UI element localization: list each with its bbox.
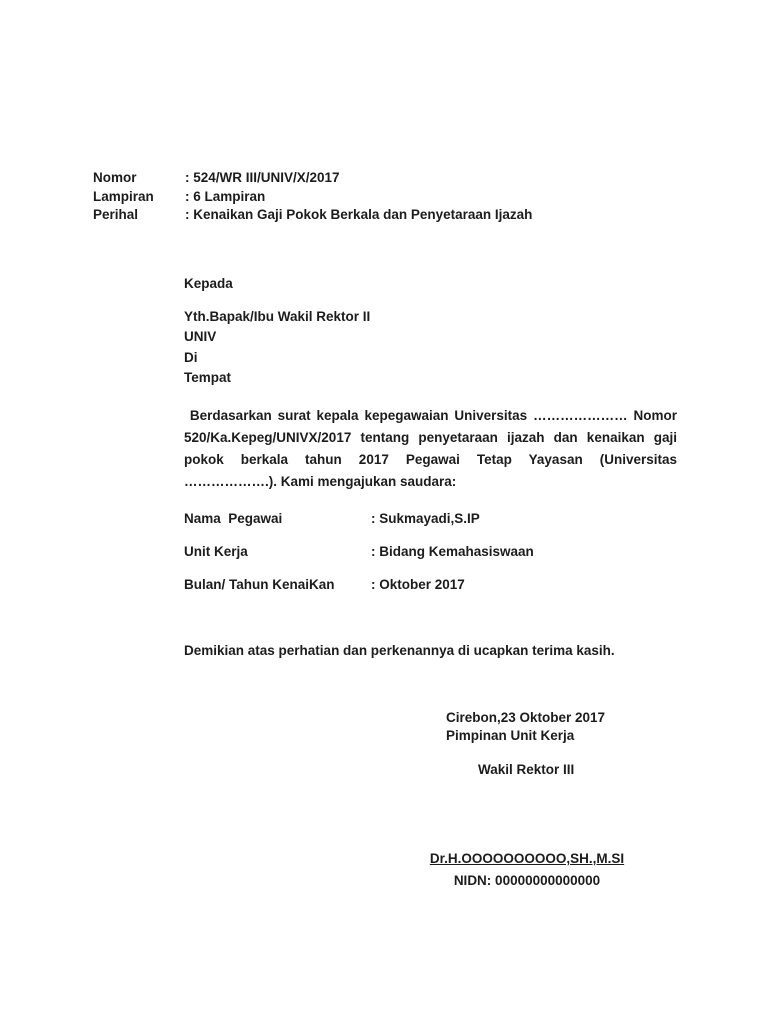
meta-row-nomor: Nomor : 524/WR III/UNIV/X/2017 (93, 169, 532, 188)
letter-meta-block: Nomor : 524/WR III/UNIV/X/2017 Lampiran … (93, 169, 532, 225)
signature-date-block: Cirebon,23 Oktober 2017 Pimpinan Unit Ke… (446, 709, 605, 746)
meta-value-nomor: : 524/WR III/UNIV/X/2017 (185, 169, 340, 188)
field-label-bulan-tahun: Bulan/ Tahun KenaiKan (184, 578, 371, 592)
meta-row-lampiran: Lampiran : 6 Lampiran (93, 188, 532, 207)
field-value-nama: : Sukmayadi,S.IP (371, 512, 480, 526)
meta-label-lampiran: Lampiran (93, 188, 185, 207)
meta-value-lampiran: : 6 Lampiran (185, 188, 265, 207)
signature-name-block: Dr.H.OOOOOOOOOO,SH.,M.SI NIDN: 000000000… (402, 848, 652, 891)
meta-value-perihal: : Kenaikan Gaji Pokok Berkala dan Penyet… (185, 206, 532, 225)
recipient-line-yth: Yth.Bapak/Ibu Wakil Rektor II (184, 307, 370, 327)
field-row-bulan-tahun: Bulan/ Tahun KenaiKan : Oktober 2017 (184, 578, 534, 592)
signature-nidn: NIDN: 00000000000000 (402, 870, 652, 892)
field-row-unit-kerja: Unit Kerja : Bidang Kemahasiswaan (184, 545, 534, 559)
field-row-nama: Nama Pegawai : Sukmayadi,S.IP (184, 512, 534, 526)
field-label-unit-kerja: Unit Kerja (184, 545, 371, 559)
meta-label-perihal: Perihal (93, 206, 185, 225)
employee-fields-block: Nama Pegawai : Sukmayadi,S.IP Unit Kerja… (184, 512, 534, 611)
recipient-address-block: Yth.Bapak/Ibu Wakil Rektor II UNIV Di Te… (184, 307, 370, 389)
recipient-line-univ: UNIV (184, 327, 370, 347)
meta-label-nomor: Nomor (93, 169, 185, 188)
recipient-line-tempat: Tempat (184, 368, 370, 388)
field-label-nama: Nama Pegawai (184, 512, 371, 526)
signature-unit-line: Pimpinan Unit Kerja (446, 727, 605, 745)
field-value-bulan-tahun: : Oktober 2017 (371, 578, 465, 592)
recipient-line-di: Di (184, 348, 370, 368)
field-value-unit-kerja: : Bidang Kemahasiswaan (371, 545, 534, 559)
letter-page: Nomor : 524/WR III/UNIV/X/2017 Lampiran … (0, 0, 768, 1024)
recipient-kepada: Kepada (184, 277, 233, 291)
body-paragraph: Berdasarkan surat kepala kepegawaian Uni… (184, 405, 677, 493)
meta-row-perihal: Perihal : Kenaikan Gaji Pokok Berkala da… (93, 206, 532, 225)
closing-sentence: Demikian atas perhatian dan perkenannya … (184, 644, 615, 658)
signature-title: Wakil Rektor III (478, 763, 574, 777)
signature-name: Dr.H.OOOOOOOOOO,SH.,M.SI (402, 848, 652, 870)
signature-place-date: Cirebon,23 Oktober 2017 (446, 709, 605, 727)
